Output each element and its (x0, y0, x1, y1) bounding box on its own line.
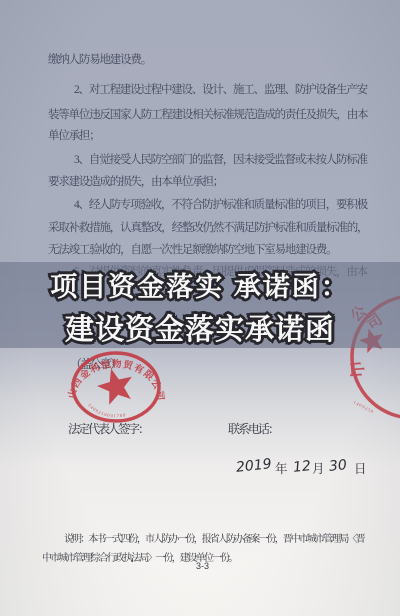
date-month-unit: 月 (312, 459, 324, 477)
date-month: 12 (292, 458, 311, 476)
doc-line: 2、对工程建设过程中建设、设计、施工、监理、防护设备生产安 (74, 83, 400, 97)
company-seal-icon: 山西金利恒物贸有限公司 1409250001780 (60, 343, 172, 435)
phone-label: 联系电话： (228, 420, 278, 437)
overlay-caption: 项目资金落实 承诺函： 建设资金落实承诺函 (0, 272, 400, 346)
footer-note-line: 说明：本书一式四份，市人防办一份，报省人防办备案一份，晋中市城市管理局〈晋 (64, 530, 364, 545)
caption-line-2: 建设资金落实承诺函 (0, 315, 400, 346)
date-year-unit: 年 (275, 459, 287, 477)
doc-line: 4、经人防专项验收，不符合防护标准和质量标准的项目，要积极 (74, 198, 400, 212)
seal-star-icon (97, 369, 132, 405)
doc-line: 装等单位违反国家人防工程建设相关标准规范造成的责任及损失，由本 (48, 108, 378, 122)
partial-seal-char: 山 (346, 361, 365, 379)
caption-line-1: 项目资金落实 承诺函： (0, 272, 400, 302)
doc-line: 要求建设造成的损失，由本单位承担； (48, 175, 378, 189)
page-number: 3-3 (196, 561, 209, 571)
doc-line: 无法竣工验收的，自愿一次性足额缴纳防空地下室易地建设费。 (48, 243, 378, 257)
doc-line: 单位承担； (48, 129, 378, 143)
date-line: 2019 年 12 月 30 日 (236, 455, 376, 479)
date-day: 30 (328, 457, 347, 475)
date-year: 2019 (235, 456, 272, 476)
doc-line: 缴纳人防易地建设费。 (48, 53, 378, 67)
doc-line: 采取补救措施，认真整改，经整改仍然不满足防护标准和质量标准的， (48, 221, 378, 235)
document-photo: 缴纳人防易地建设费。 2、对工程建设过程中建设、设计、施工、监理、防护设备生产安… (0, 0, 400, 616)
date-day-unit: 日 (354, 459, 366, 477)
doc-line: 3、自觉接受人民防空部门的监督，因未接受监督或未按人防标准 (74, 153, 400, 167)
